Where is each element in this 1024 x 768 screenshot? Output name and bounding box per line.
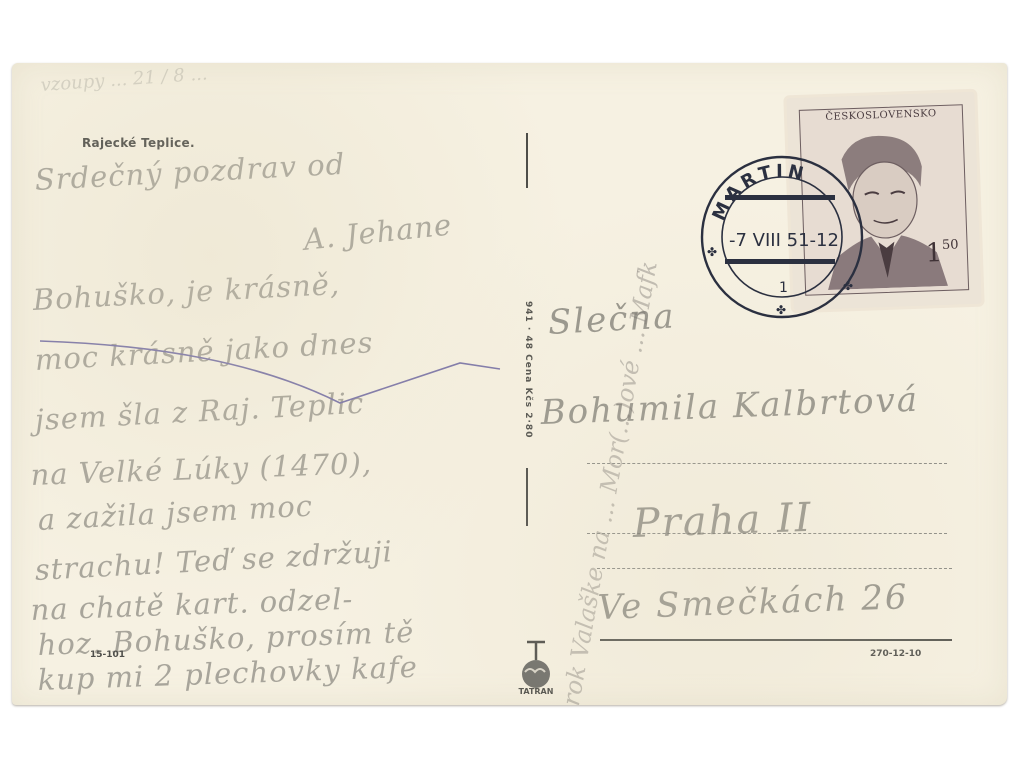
center-divider <box>526 133 528 188</box>
pen-stroke <box>40 333 510 423</box>
address-salutation: Slečna <box>547 296 676 343</box>
svg-text:1: 1 <box>779 280 788 296</box>
svg-text:MARTIN: MARTIN <box>708 161 809 224</box>
publisher-logo-icon: TATRAN <box>512 638 562 698</box>
message-line: strachu! Teď se zdržuji <box>34 534 394 587</box>
svg-text:✤: ✤ <box>707 245 717 259</box>
vertical-imprint: 941 · 48 Cena Kčs 2·80 <box>523 301 533 438</box>
card-code-left: 15-101 <box>90 650 125 660</box>
svg-text:✤: ✤ <box>776 303 786 317</box>
message-line: Bohuško, je krásně, <box>32 267 341 317</box>
svg-text:-7 VIII 51-12: -7 VIII 51-12 <box>729 230 839 251</box>
address-city: Praha II <box>632 495 813 547</box>
stamp-value: 150 <box>925 237 959 268</box>
faint-handwriting-top: vzoupy ... 21 / 8 ... <box>40 63 208 96</box>
address-line <box>597 568 952 569</box>
message-line: na Velké Lúky (1470), <box>30 446 373 492</box>
svg-text:TATRAN: TATRAN <box>519 687 554 696</box>
postmark-cancel-icon: MARTIN -7 VIII 51-12 1 ✤ ✤ ✤ <box>697 152 867 322</box>
card-code-right: 270-12-10 <box>870 649 921 659</box>
address-street: Ve Smečkách 26 <box>597 577 909 628</box>
message-line: a zažila jsem moc <box>37 489 314 537</box>
address-line <box>587 463 947 464</box>
address-name: Bohumila Kalbrtová <box>540 380 920 433</box>
svg-text:✤: ✤ <box>843 279 853 293</box>
message-line: Srdečný pozdrav od <box>34 147 346 197</box>
message-line: A. Jehane <box>302 207 454 256</box>
center-divider <box>526 468 528 526</box>
place-title: Rajecké Teplice. <box>82 136 195 150</box>
address-line <box>600 639 952 641</box>
stamp-country: ČESKOSLOVENSKO <box>800 107 962 124</box>
